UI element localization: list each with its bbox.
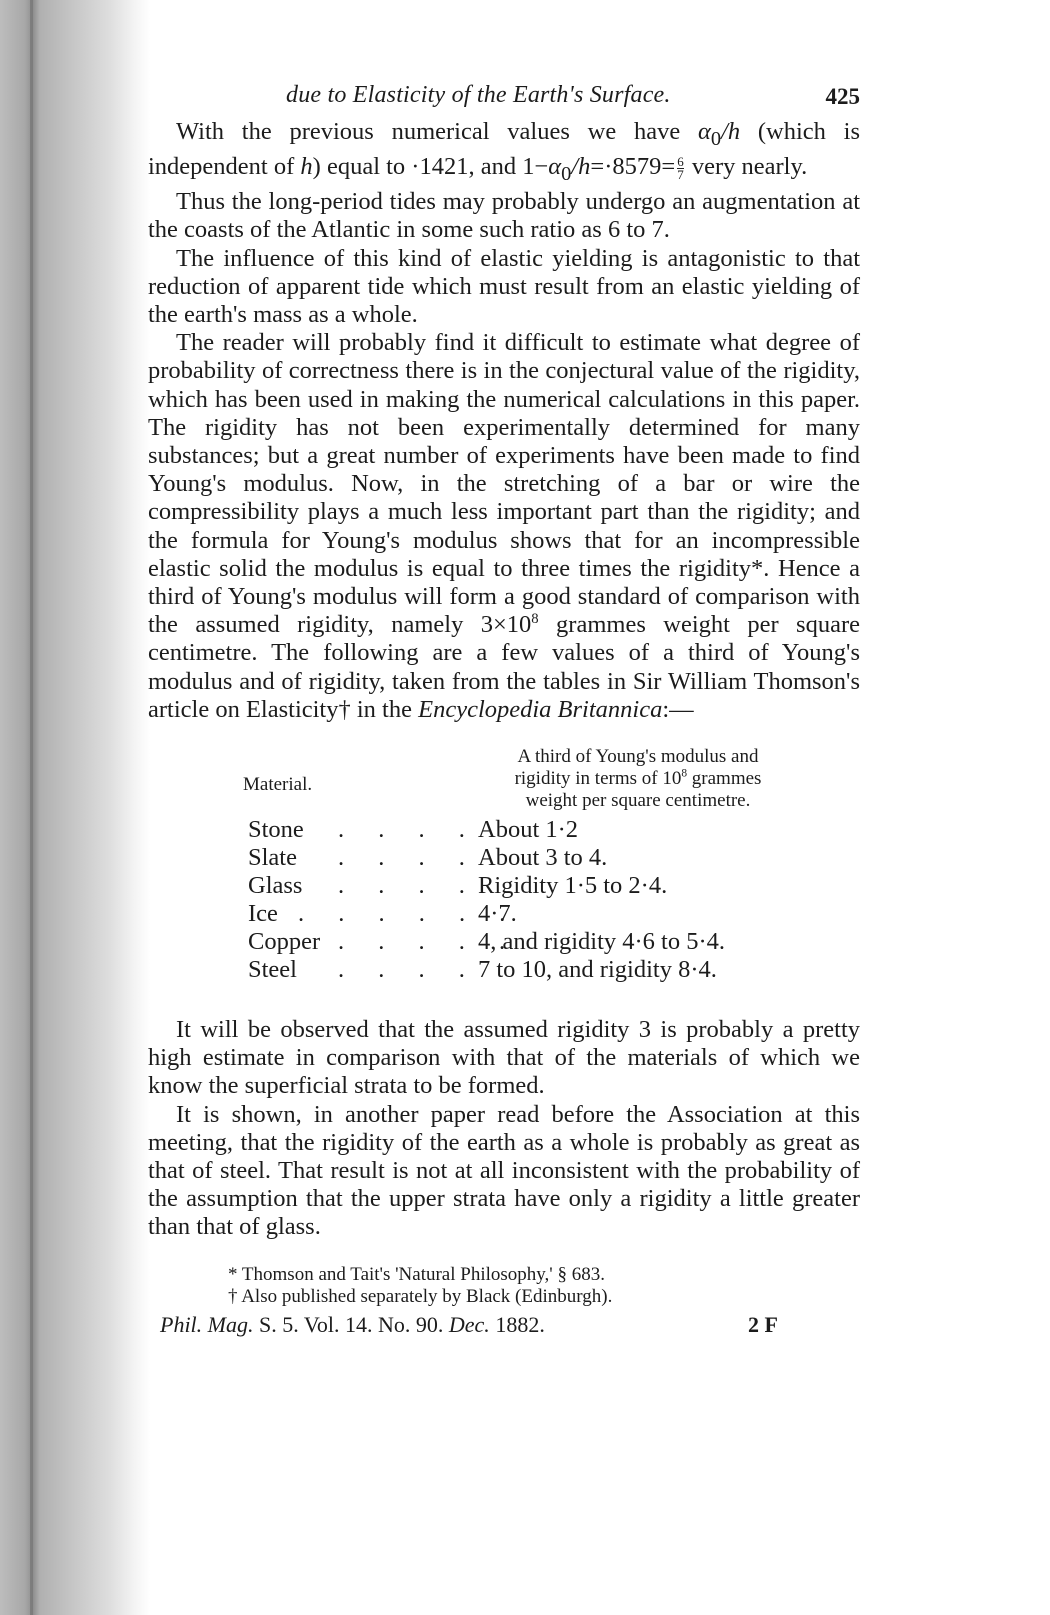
page-footer: Phil. Mag. S. 5. Vol. 14. No. 90. Dec. 1… xyxy=(148,1312,888,1342)
table-header-material: Material. xyxy=(243,774,312,796)
paragraph-5: It will be observed that the assumed rig… xyxy=(148,1016,860,1101)
journal-citation: Phil. Mag. S. 5. Vol. 14. No. 90. Dec. 1… xyxy=(160,1312,545,1338)
encyclopedia-title: Encyclopedia Britannica xyxy=(418,696,662,723)
page-number: 425 xyxy=(826,84,861,110)
table-row: Glass . . . . Rigidity 1·5 to 2·4. xyxy=(248,872,725,900)
book-gutter-shadow xyxy=(0,0,150,1615)
paragraph-4: The reader will probably find it difficu… xyxy=(148,329,860,724)
gutter-fold-line xyxy=(30,0,33,1615)
fraction-six-sevenths: 67 xyxy=(677,156,684,181)
dot-leader: . . . . xyxy=(338,872,478,900)
table-row: Copper . . . . . 4, and rigidity 4·6 to … xyxy=(248,928,725,956)
paragraph-1: With the previous numerical values we ha… xyxy=(148,118,860,188)
table-body: Stone . . . . About 1·2 Slate . . . . Ab… xyxy=(248,816,725,984)
paragraph-2: Thus the long-period tides may probably … xyxy=(148,188,860,244)
footnotes: * Thomson and Tait's 'Natural Philosophy… xyxy=(228,1264,888,1308)
footnote-dagger: † Also published separately by Black (Ed… xyxy=(228,1286,888,1308)
table-header-value: A third of Young's modulus and rigidity … xyxy=(478,746,798,812)
body-text-continued: It will be observed that the assumed rig… xyxy=(148,1016,860,1242)
dot-leader: . . . . . . xyxy=(298,900,478,928)
running-title: due to Elasticity of the Earth's Surface… xyxy=(286,82,671,109)
paragraph-3: The influence of this kind of elastic yi… xyxy=(148,245,860,330)
body-text: With the previous numerical values we ha… xyxy=(148,118,860,724)
footnote-asterisk: * Thomson and Tait's 'Natural Philosophy… xyxy=(228,1264,888,1286)
paragraph-6: It is shown, in another paper read befor… xyxy=(148,1101,860,1242)
printer-signature-mark: 2 F xyxy=(748,1312,778,1338)
dot-leader: . . . . xyxy=(338,956,478,984)
alpha-symbol: α xyxy=(698,118,711,145)
table-row: Ice . . . . . . 4·7. xyxy=(248,900,725,928)
running-head: due to Elasticity of the Earth's Surface… xyxy=(148,82,888,118)
dot-leader: . . . . xyxy=(338,844,478,872)
materials-table: Material. A third of Young's modulus and… xyxy=(243,746,843,1004)
table-row: Steel . . . . 7 to 10, and rigidity 8·4. xyxy=(248,956,725,984)
table-row: Slate . . . . About 3 to 4. xyxy=(248,844,725,872)
journal-page: due to Elasticity of the Earth's Surface… xyxy=(148,82,888,1342)
table-row: Stone . . . . About 1·2 xyxy=(248,816,725,844)
dot-leader: . . . . xyxy=(338,816,478,844)
dot-leader: . . . . . xyxy=(338,928,478,956)
